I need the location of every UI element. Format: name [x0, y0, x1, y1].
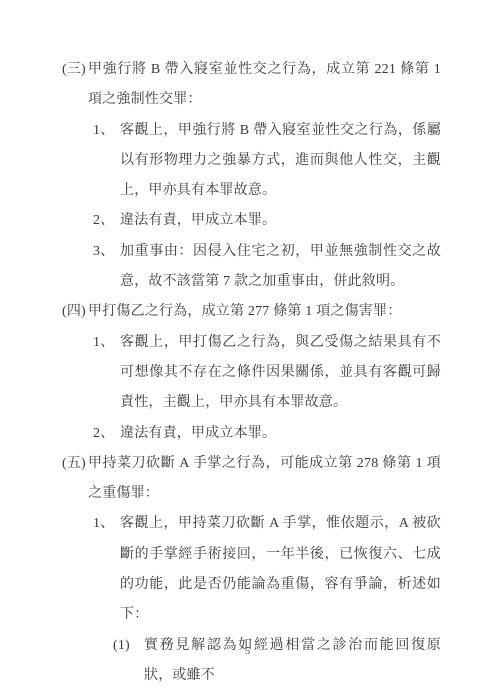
- item-number: 1、: [93, 509, 120, 630]
- list-item: 2、違法有責，甲成立本罪。: [62, 419, 441, 449]
- section-text: 甲持菜刀砍斷 A 手掌之行為，可能成立第 278 條第 1 項之重傷罪：: [88, 449, 441, 510]
- list-item: 1、客觀上，甲強行將 B 帶入寢室並性交之行為，係屬以有形物理力之強暴方式，進而…: [62, 116, 441, 207]
- item-number: 1、: [93, 328, 120, 419]
- item-number: 1、: [93, 116, 120, 207]
- item-number: 2、: [93, 206, 120, 236]
- item-text: 實務見解認為如經過相當之診治而能回復原狀，或雖不: [144, 631, 441, 692]
- item-number: 2、: [93, 419, 120, 449]
- item-text: 客觀上，甲持菜刀砍斷 A 手掌，惟依題示，A 被砍斷的手掌經手術接回，一年半後，…: [120, 509, 441, 630]
- list-item: 2、違法有責，甲成立本罪。: [62, 206, 441, 236]
- sub-list-item: (1)實務見解認為如經過相當之診治而能回復原狀，或雖不: [62, 631, 441, 692]
- list-item: 1、客觀上，甲打傷乙之行為，與乙受傷之結果具有不可想像其不存在之條件因果關係，並…: [62, 328, 441, 419]
- item-number: 3、: [93, 237, 120, 298]
- section-text: 甲強行將 B 帶入寢室並性交之行為，成立第 221 條第 1 項之強制性交罪：: [88, 55, 441, 116]
- document-body: (三)甲強行將 B 帶入寢室並性交之行為，成立第 221 條第 1 項之強制性交…: [62, 55, 441, 691]
- item-text: 客觀上，甲打傷乙之行為，與乙受傷之結果具有不可想像其不存在之條件因果關係，並具有…: [120, 328, 441, 419]
- section-heading: (五)甲持菜刀砍斷 A 手掌之行為，可能成立第 278 條第 1 項之重傷罪：: [62, 449, 441, 510]
- item-text: 加重事由：因侵入住宅之初，甲並無強制性交之故意，故不該當第 7 款之加重事由，併…: [120, 237, 441, 298]
- item-number: (1): [113, 631, 144, 692]
- list-item: 1、客觀上，甲持菜刀砍斷 A 手掌，惟依題示，A 被砍斷的手掌經手術接回，一年半…: [62, 509, 441, 630]
- section-heading: (三)甲強行將 B 帶入寢室並性交之行為，成立第 221 條第 1 項之強制性交…: [62, 55, 441, 116]
- document-page: (三)甲強行將 B 帶入寢室並性交之行為，成立第 221 條第 1 項之強制性交…: [0, 0, 495, 700]
- section-label: (三): [62, 55, 88, 116]
- item-text: 違法有責，甲成立本罪。: [120, 419, 441, 449]
- section-label: (五): [62, 449, 88, 510]
- section-heading: (四)甲打傷乙之行為，成立第 277 條第 1 項之傷害罪：: [62, 297, 441, 327]
- item-text: 客觀上，甲強行將 B 帶入寢室並性交之行為，係屬以有形物理力之強暴方式，進而與他…: [120, 116, 441, 207]
- page-number: 5: [0, 645, 495, 657]
- item-text: 違法有責，甲成立本罪。: [120, 206, 441, 236]
- section-label: (四): [62, 297, 88, 327]
- section-text: 甲打傷乙之行為，成立第 277 條第 1 項之傷害罪：: [88, 297, 441, 327]
- list-item: 3、加重事由：因侵入住宅之初，甲並無強制性交之故意，故不該當第 7 款之加重事由…: [62, 237, 441, 298]
